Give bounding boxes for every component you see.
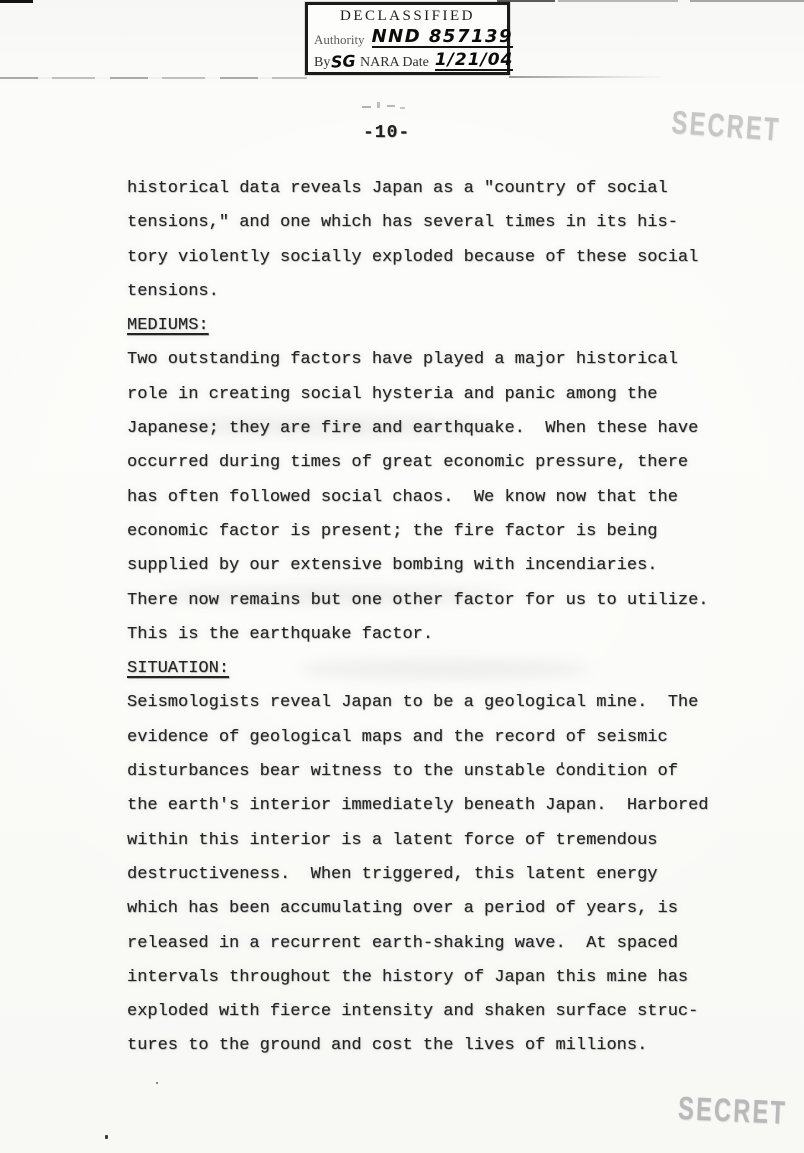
scanned-page: DECLASSIFIED Authority NND 857139 By SG … [0,0,804,1153]
nara-date-label: NARA Date [360,55,429,71]
scan-speck [156,1082,158,1084]
body-text-line: occurred during times of great economic … [127,446,737,480]
nara-date-row: By SG NARA Date 1/21/04 [314,48,501,71]
secret-stamp-top: SECRET [670,105,781,149]
body-text-line: This is the earthquake factor. [127,618,737,652]
document-body: historical data reveals Japan as a "coun… [127,172,737,1064]
body-text-line: There now remains but one other factor f… [127,584,737,618]
body-text-line: supplied by our extensive bombing with i… [127,549,737,583]
body-text-line: evidence of geological maps and the reco… [127,721,737,755]
body-text-line: tory violently socially exploded because… [127,241,737,275]
body-text-line: economic factor is present; the fire fac… [127,515,737,549]
body-text-line: released in a recurrent earth-shaking wa… [127,927,737,961]
body-text-line: Japanese; they are fire and earthquake. … [127,412,737,446]
declassified-stamp-box: DECLASSIFIED Authority NND 857139 By SG … [305,2,510,75]
body-text-line: exploded with fierce intensity and shake… [127,995,737,1029]
body-text-line: the earth's interior immediately beneath… [127,789,737,823]
body-text-line: role in creating social hysteria and pan… [127,378,737,412]
page-number: -10- [363,123,410,143]
body-text-line: tensions. [127,275,737,309]
body-text-line: tensions," and one which has several tim… [127,206,737,240]
authority-handwritten-value: NND 857139 [372,28,513,48]
scan-speck [105,1135,108,1139]
secret-stamp-bottom: SECRET [677,1091,787,1132]
reviewer-signature: SG [331,52,357,71]
body-text-line: within this interior is a latent force o… [127,824,737,858]
body-text-line: tures to the ground and cost the lives o… [127,1029,737,1063]
section-heading: MEDIUMS: [127,309,737,343]
by-label: By [314,55,330,71]
body-text-line: Seismologists reveal Japan to be a geolo… [127,686,737,720]
body-text-line: has often followed social chaos. We know… [127,481,737,515]
date-handwritten-value: 1/21/04 [435,51,514,71]
section-heading: SITUATION: [127,652,737,686]
body-text-line: historical data reveals Japan as a "coun… [127,172,737,206]
pencil-smudge [360,100,408,114]
body-text-line: intervals throughout the history of Japa… [127,961,737,995]
body-text-line: disturbances bear witness to the unstabl… [127,755,737,789]
declassified-title: DECLASSIFIED [314,7,501,25]
body-text-line: Two outstanding factors have played a ma… [127,343,737,377]
body-text-line: which has been accumulating over a perio… [127,892,737,926]
scan-line-artifact-left [0,77,307,79]
body-text-line: destructiveness. When triggered, this la… [127,858,737,892]
authority-row: Authority NND 857139 [314,25,501,48]
scan-line-artifact-right [509,76,662,78]
authority-label: Authority [314,32,365,48]
